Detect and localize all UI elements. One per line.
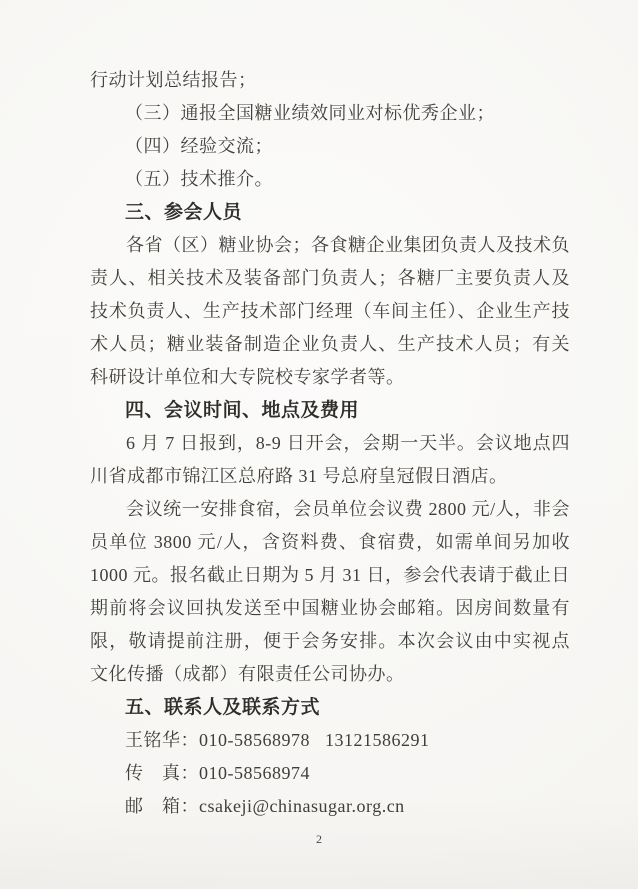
paragraph-schedule-venue: 6 月 7 日报到，8-9 日开会，会期一天半。会议地点四川省成都市锦江区总府路… xyxy=(90,427,570,493)
section-heading-contacts: 五、联系人及联系方式 xyxy=(90,691,570,724)
section-heading-attendees: 三、参会人员 xyxy=(90,196,570,229)
contact-line-phone: 王铭华：010-58568978 13121586291 xyxy=(90,724,570,757)
paragraph-attendees: 各省（区）糖业协会；各食糖企业集团负责人及技术负责人、相关技术及装备部门负责人；… xyxy=(90,229,570,394)
contact-line-email: 邮 箱：csakeji@chinasugar.org.cn xyxy=(90,790,570,823)
page-number: 2 xyxy=(0,832,638,847)
agenda-item-3: （三）通报全国糖业绩效同业对标优秀企业； xyxy=(90,97,570,130)
agenda-item-4: （四）经验交流； xyxy=(90,130,570,163)
agenda-item-5: （五）技术推介。 xyxy=(90,163,570,196)
paragraph-continuation: 行动计划总结报告； xyxy=(90,64,570,97)
paragraph-fees-registration: 会议统一安排食宿，会员单位会议费 2800 元/人，非会员单位 3800 元/人… xyxy=(90,493,570,691)
section-heading-time-venue-fees: 四、会议时间、地点及费用 xyxy=(90,394,570,427)
contact-line-fax: 传 真：010-58568974 xyxy=(90,757,570,790)
document-page: 行动计划总结报告； （三）通报全国糖业绩效同业对标优秀企业； （四）经验交流； … xyxy=(0,0,638,889)
